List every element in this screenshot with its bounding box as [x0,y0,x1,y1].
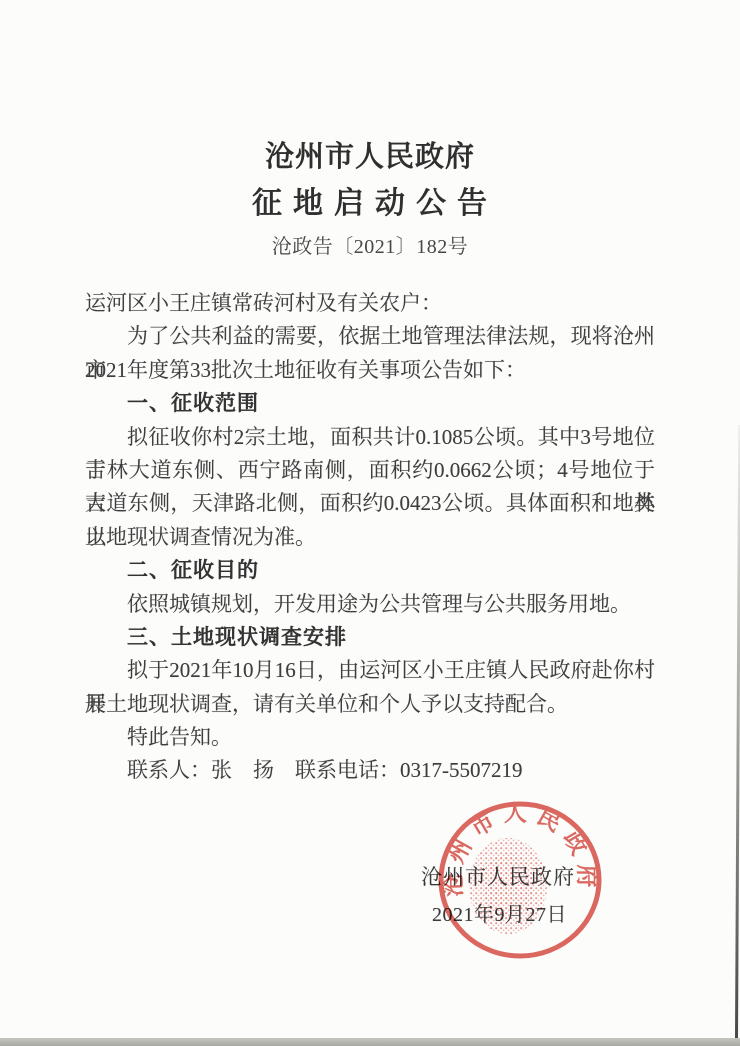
document-body: 运河区小王庄镇常砖河村及有关农户： 为了公共利益的需要，依据土地管理法律法规，现… [85,287,655,788]
body-line-salutation: 运河区小王庄镇常砖河村及有关农户： [85,287,655,320]
document-number: 沧政告〔2021〕182号 [0,230,740,259]
body-line: 依照城镇规划，开发用途为公共管理与公共服务用地。 [85,588,655,621]
document-subtitle: 征地启动公告 [5,178,740,222]
document-title: 沧州市人民政府 [0,134,740,175]
scan-edge-bottom [0,1038,740,1046]
body-line: 展土地现状调查，请有关单位和个人予以支持配合。 [85,688,655,721]
body-line-contact: 联系人：张 扬 联系电话：0317-5507219 [85,754,655,787]
body-line: 为了公共利益的需要，依据土地管理法律法规，现将沧州市 [85,320,655,353]
section-heading-2: 二、征收目的 [85,554,655,587]
body-line: 拟征收你村2宗土地，面积共计0.1085公顷。其中3号地位于 [85,421,655,454]
official-seal: 沧州市人民政府 [430,792,610,972]
body-line: 土地现状调查情况为准。 [85,521,655,554]
scanned-document-page: 沧州市人民政府 征地启动公告 沧政告〔2021〕182号 运河区小王庄镇常砖河村… [0,0,740,1046]
section-heading-3: 三、土地现状调查安排 [85,621,655,654]
body-line: 2021年度第33批次土地征收有关事项公告如下： [85,354,655,387]
body-line: 吉林大道东侧、西宁路南侧，面积约0.0662公顷；4号地位于吉林 [85,454,655,487]
body-line-closing: 特此告知。 [85,721,655,754]
body-line: 大道东侧，天津路北侧，面积约0.0423公顷。具体面积和地类以 [85,487,655,520]
scan-edge-right [735,425,740,1039]
body-line: 拟于2021年10月16日，由运河区小王庄镇人民政府赴你村开 [85,654,655,687]
section-heading-1: 一、征收范围 [85,387,655,420]
seal-emblem-inner [482,853,534,919]
